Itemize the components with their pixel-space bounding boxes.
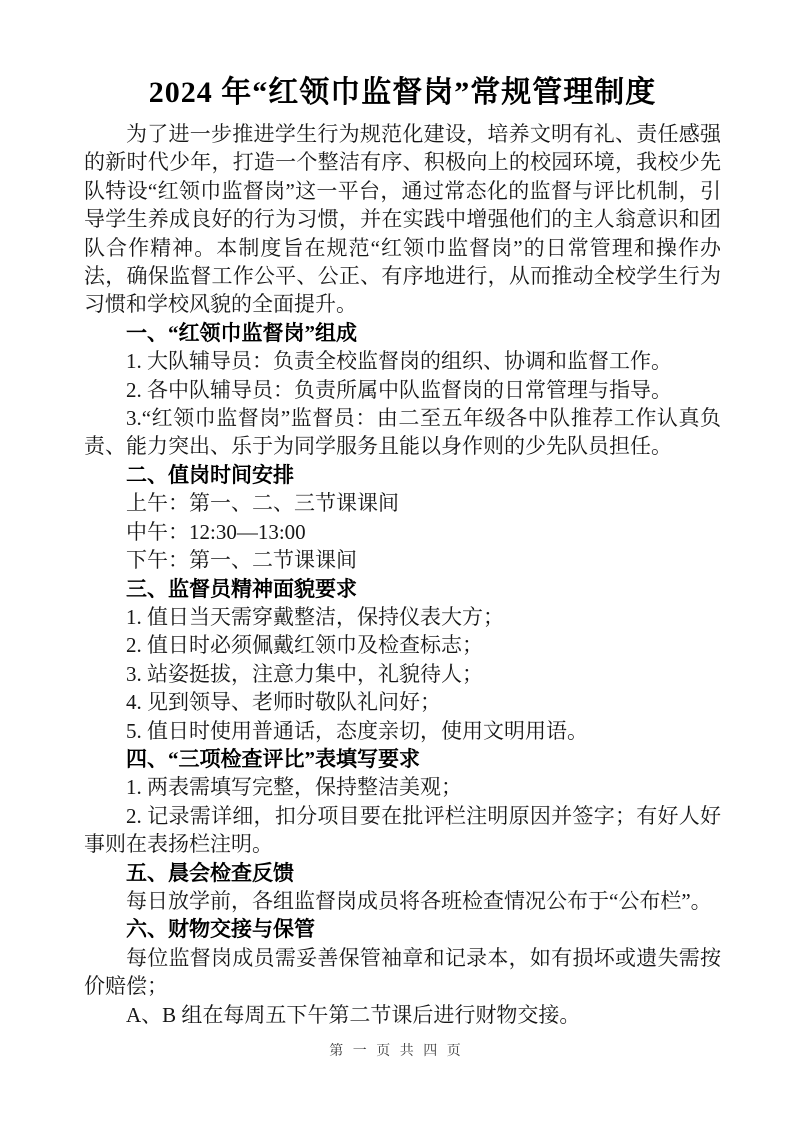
section-morning-feedback: 五、晨会检查反馈 每日放学前，各组监督岗成员将各班检查情况公布于“公布栏”。 <box>84 859 721 916</box>
section-heading: 三、监督员精神面貌要求 <box>84 575 721 603</box>
section-duty-schedule: 二、值岗时间安排 上午：第一、二、三节课课间 中午：12:30—13:00 下午… <box>84 461 721 575</box>
paragraph: 3. 站姿挺拔，注意力集中，礼貌待人； <box>84 660 721 688</box>
paragraph: 2. 记录需详细，扣分项目要在批评栏注明原因并签字；有好人好事则在表扬栏注明。 <box>84 802 721 859</box>
paragraph: A、B 组在每周五下午第二节课后进行财物交接。 <box>84 1001 721 1029</box>
paragraph: 中午：12:30—13:00 <box>84 518 721 546</box>
paragraph: 4. 见到领导、老师时敬队礼问好； <box>84 688 721 716</box>
document-page: 2024 年“红领巾监督岗”常规管理制度 为了进一步推进学生行为规范化建设，培养… <box>0 0 793 1122</box>
paragraph: 下午：第一、二节课课间 <box>84 546 721 574</box>
section-heading: 五、晨会检查反馈 <box>84 859 721 887</box>
paragraph: 1. 值日当天需穿戴整洁，保持仪表大方； <box>84 603 721 631</box>
paragraph: 每位监督岗成员需妥善保管袖章和记录本，如有损坏或遗失需按价赔偿； <box>84 944 721 1001</box>
section-form-filling: 四、“三项检查评比”表填写要求 1. 两表需填写完整，保持整洁美观； 2. 记录… <box>84 745 721 859</box>
paragraph: 2. 值日时必须佩戴红领巾及检查标志； <box>84 631 721 659</box>
section-property-handover: 六、财物交接与保管 每位监督岗成员需妥善保管袖章和记录本，如有损坏或遗失需按价赔… <box>84 915 721 1029</box>
paragraph: 上午：第一、二、三节课课间 <box>84 489 721 517</box>
section-heading: 一、“红领巾监督岗”组成 <box>84 319 721 347</box>
paragraph: 1. 两表需填写完整，保持整洁美观； <box>84 773 721 801</box>
paragraph: 1. 大队辅导员：负责全校监督岗的组织、协调和监督工作。 <box>84 347 721 375</box>
paragraph: 5. 值日时使用普通话，态度亲切，使用文明用语。 <box>84 717 721 745</box>
paragraph: 3.“红领巾监督岗”监督员：由二至五年级各中队推荐工作认真负责、能力突出、乐于为… <box>84 404 721 461</box>
section-composition: 一、“红领巾监督岗”组成 1. 大队辅导员：负责全校监督岗的组织、协调和监督工作… <box>84 319 721 461</box>
section-appearance-requirements: 三、监督员精神面貌要求 1. 值日当天需穿戴整洁，保持仪表大方； 2. 值日时必… <box>84 575 721 745</box>
paragraph: 2. 各中队辅导员：负责所属中队监督岗的日常管理与指导。 <box>84 376 721 404</box>
section-heading: 四、“三项检查评比”表填写要求 <box>84 745 721 773</box>
section-heading: 二、值岗时间安排 <box>84 461 721 489</box>
page-number-footer: 第 一 页 共 四 页 <box>0 1040 793 1060</box>
document-title: 2024 年“红领巾监督岗”常规管理制度 <box>84 74 721 112</box>
intro-paragraph: 为了进一步推进学生行为规范化建设，培养文明有礼、责任感强的新时代少年，打造一个整… <box>84 120 721 319</box>
section-heading: 六、财物交接与保管 <box>84 915 721 943</box>
paragraph: 每日放学前，各组监督岗成员将各班检查情况公布于“公布栏”。 <box>84 887 721 915</box>
